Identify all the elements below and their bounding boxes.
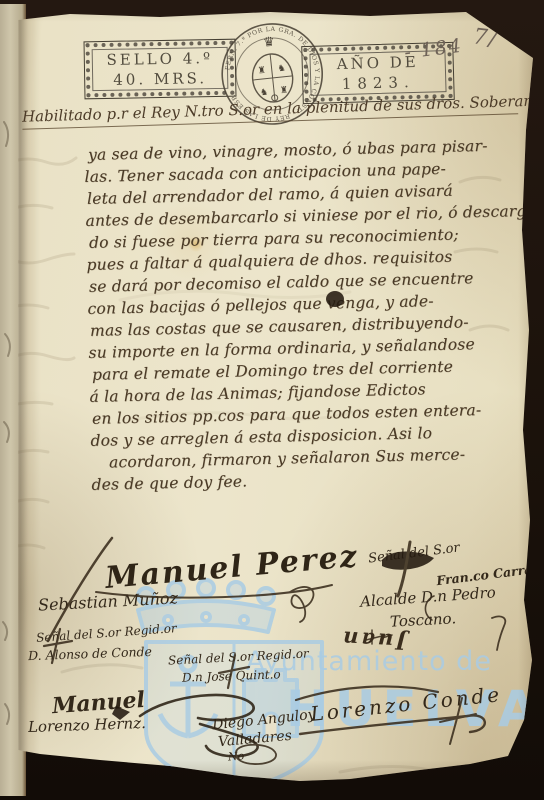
senal-cross-regidor1 [44,629,72,663]
diego-rubric-circle [236,745,276,764]
text-ink-blob [326,291,344,307]
conde-flourish-top [296,686,438,700]
small-c-mark [425,596,434,620]
conde-cross-mark [440,698,476,744]
document-page: SELLO 4.º 40. MRS. AÑO DE 1823. F [0,0,544,800]
small-ink-blob [112,706,130,720]
photo-backdrop: SELLO 4.º 40. MRS. AÑO DE 1823. F [0,0,544,800]
small-seven-mark [492,616,505,650]
ink-flourish-layer [0,0,544,800]
senal-cross-regidor2 [219,655,249,688]
pen-slash-flourish [48,538,112,641]
tt-marks [366,630,392,644]
